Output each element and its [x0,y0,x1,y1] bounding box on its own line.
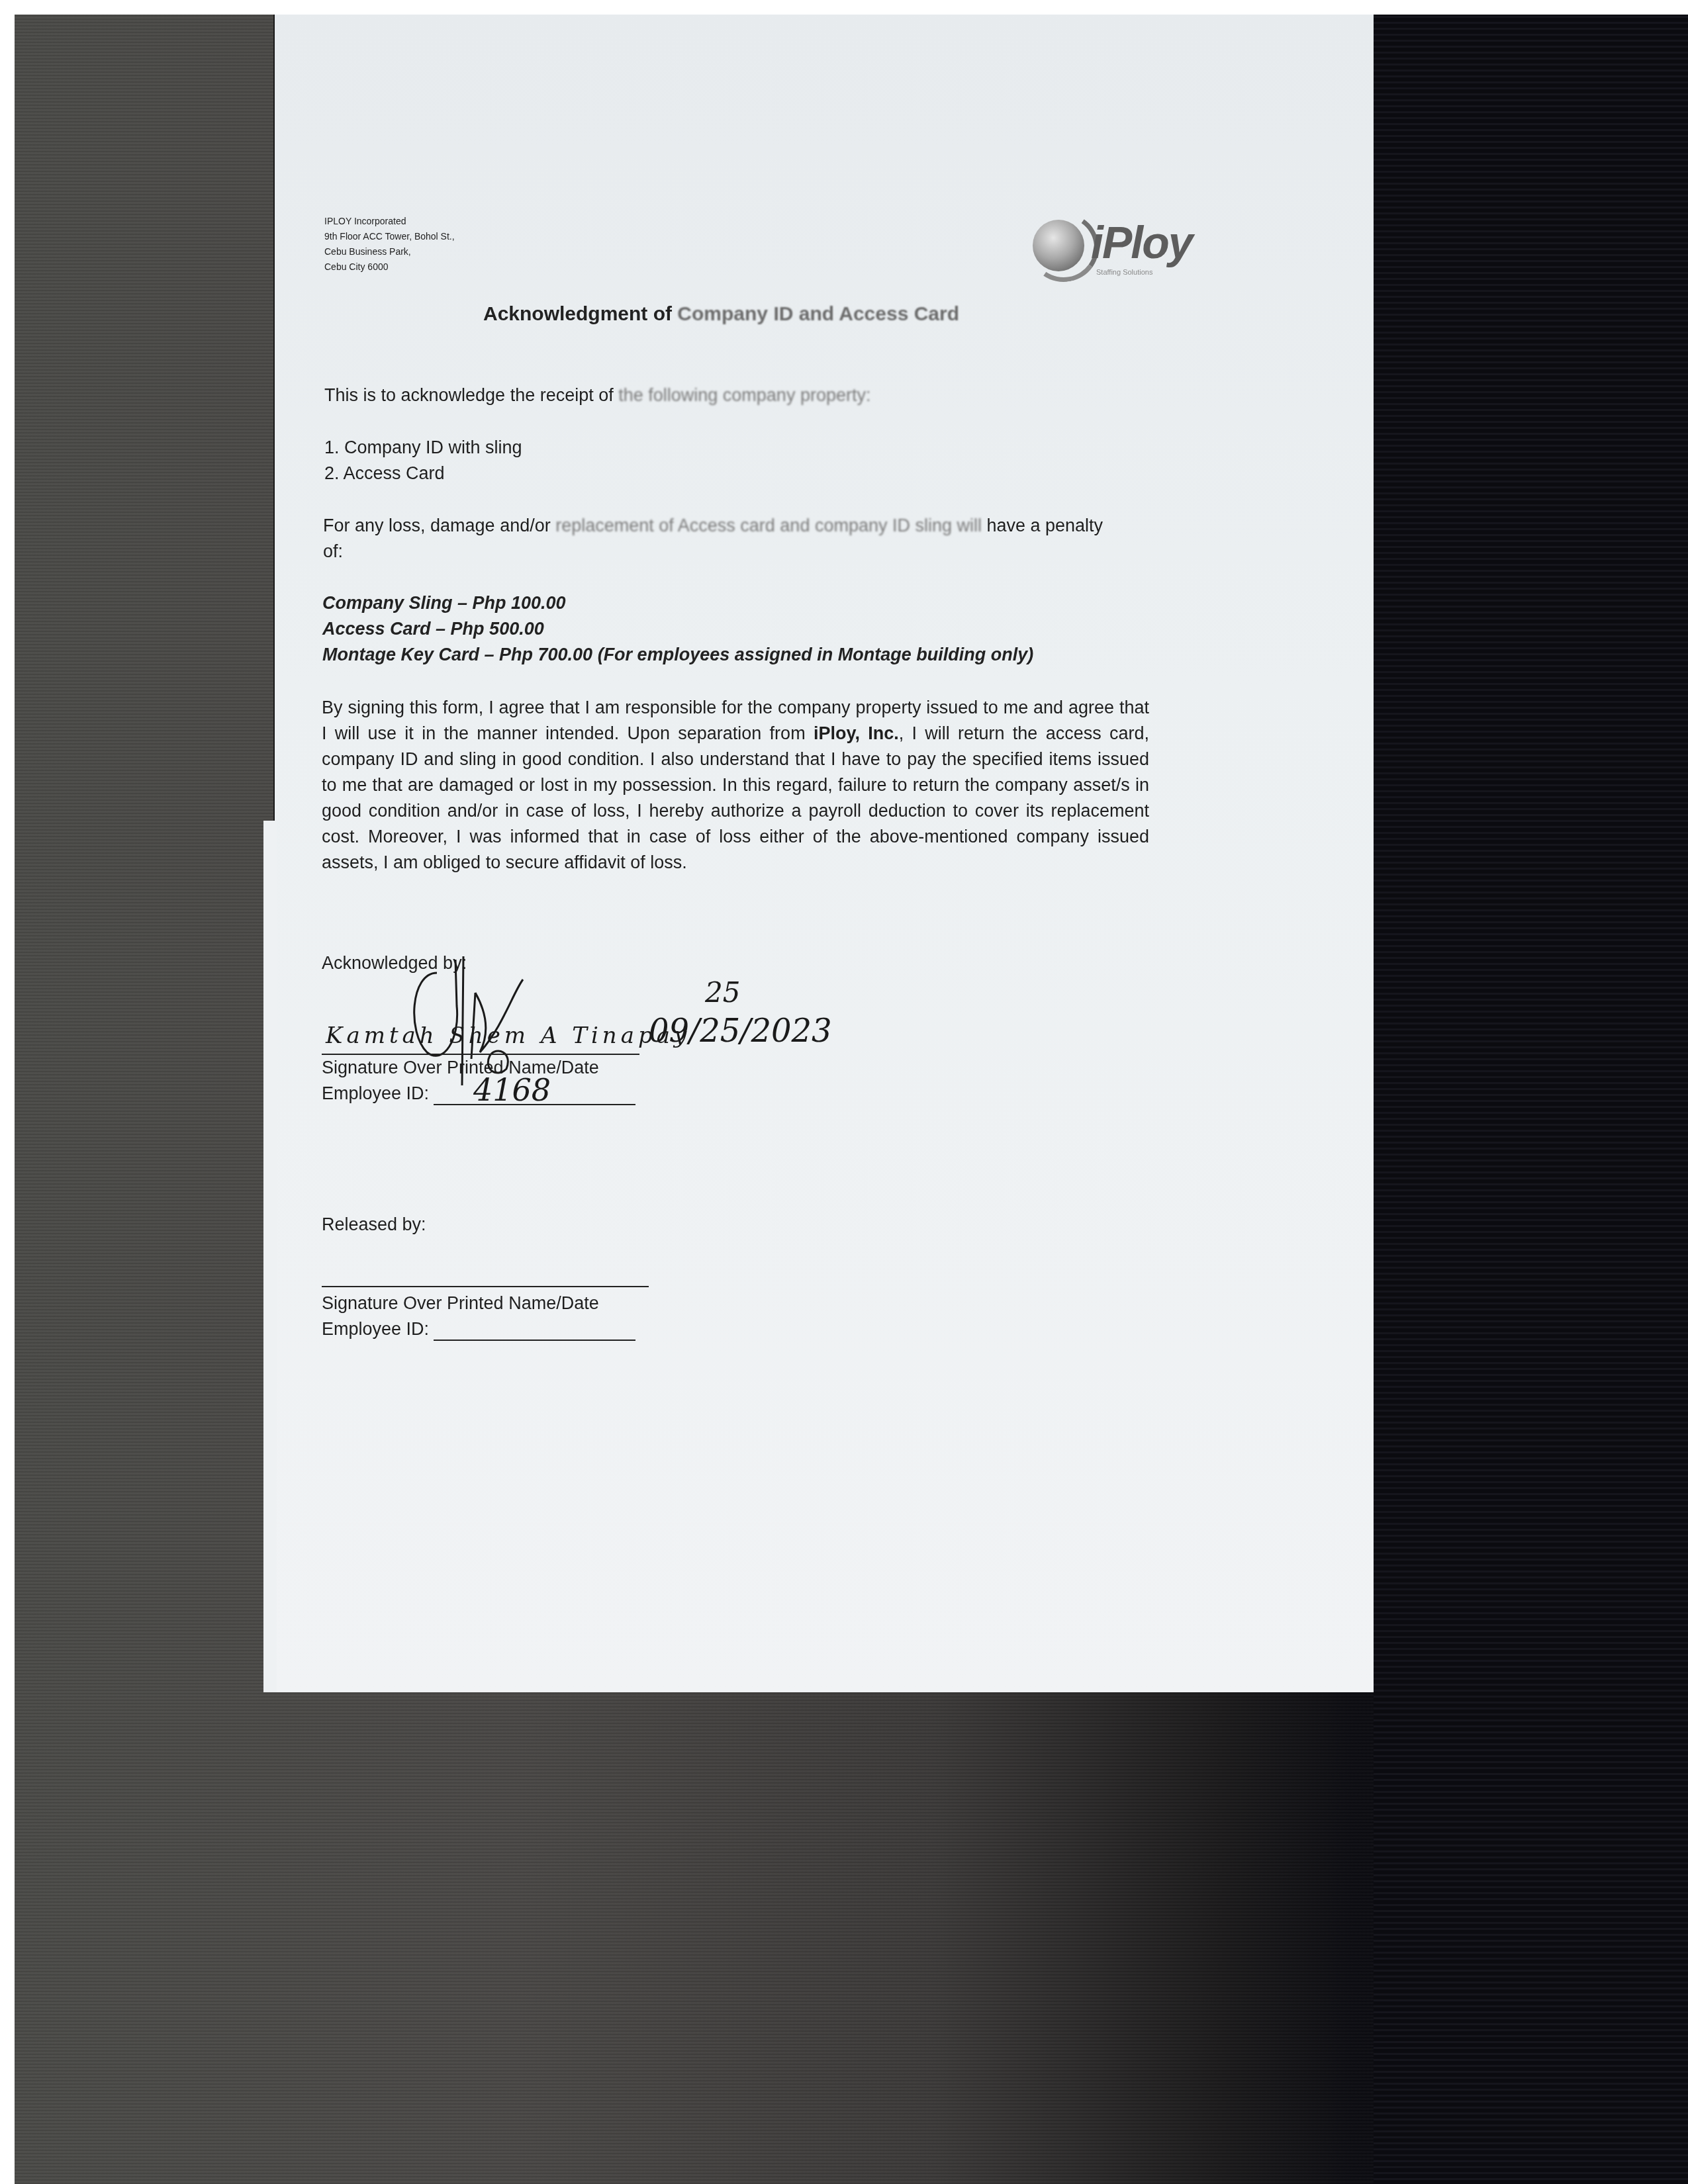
intro-clear: This is to acknowledge the receipt of [324,385,618,405]
company-name: iPloy, Inc. [814,723,899,743]
agreement-paragraph: By signing this form, I agree that I am … [322,695,1149,876]
address-line: IPLOY Incorporated [324,214,455,229]
signature-line [322,1054,639,1055]
rate-item: Montage Key Card – Php 700.00 (For emplo… [322,642,1033,668]
title-redacted: Company ID and Access Card [677,303,959,325]
signature-caption: Signature Over Printed Name/Date [322,1058,599,1078]
penalty-clear-end: have a penalty [982,516,1103,535]
release-signature-caption: Signature Over Printed Name/Date [322,1293,599,1314]
penalty-redacted: replacement of Access card and company I… [555,516,982,535]
rate-item: Company Sling – Php 100.00 [322,590,1033,616]
release-employee-id-line [434,1340,635,1341]
handwritten-date-correction: 25 [705,976,740,1009]
penalty-clear: For any loss, damage and/or [323,516,555,535]
logo-wordmark: iPloy [1091,217,1192,269]
list-item: 1. Company ID with sling [324,435,522,461]
handwritten-date: 09/25/2023 [649,1013,832,1050]
address-line: 9th Floor ACC Tower, Bohol St., [324,229,455,244]
logo-tagline: Staffing Solutions [1096,269,1152,277]
address-line: Cebu Business Park, [324,244,455,259]
document-title: Acknowledgment of Company ID and Access … [483,303,959,326]
address-line: Cebu City 6000 [324,259,455,275]
scanner-noise-area [1374,15,1688,2184]
handwritten-printed-name: Kamtah Shem A Tinapay [326,1023,690,1049]
release-employee-id-label: Employee ID: [322,1319,429,1340]
penalty-line2: of: [323,539,1103,565]
paper-edge [263,821,277,1692]
release-signature-line [322,1286,649,1287]
title-clear: Acknowledgment of [483,303,677,325]
penalty-rates: Company Sling – Php 100.00 Access Card –… [322,590,1033,668]
intro-redacted: the following company property: [618,385,870,405]
property-list: 1. Company ID with sling 2. Access Card [324,435,522,486]
intro-paragraph: This is to acknowledge the receipt of th… [324,383,870,408]
rate-item: Access Card – Php 500.00 [322,616,1033,642]
company-address: IPLOY Incorporated 9th Floor ACC Tower, … [324,214,455,275]
list-item: 2. Access Card [324,461,522,486]
agreement-text-cont: , I will return the access card, company… [322,723,1149,872]
penalty-paragraph: For any loss, damage and/or replacement … [323,513,1103,565]
employee-id-label: Employee ID: [322,1083,429,1104]
released-by-label: Released by: [322,1214,426,1235]
company-logo: iPloy Staffing Solutions [1033,213,1205,279]
handwritten-employee-id: 4168 [473,1072,551,1108]
